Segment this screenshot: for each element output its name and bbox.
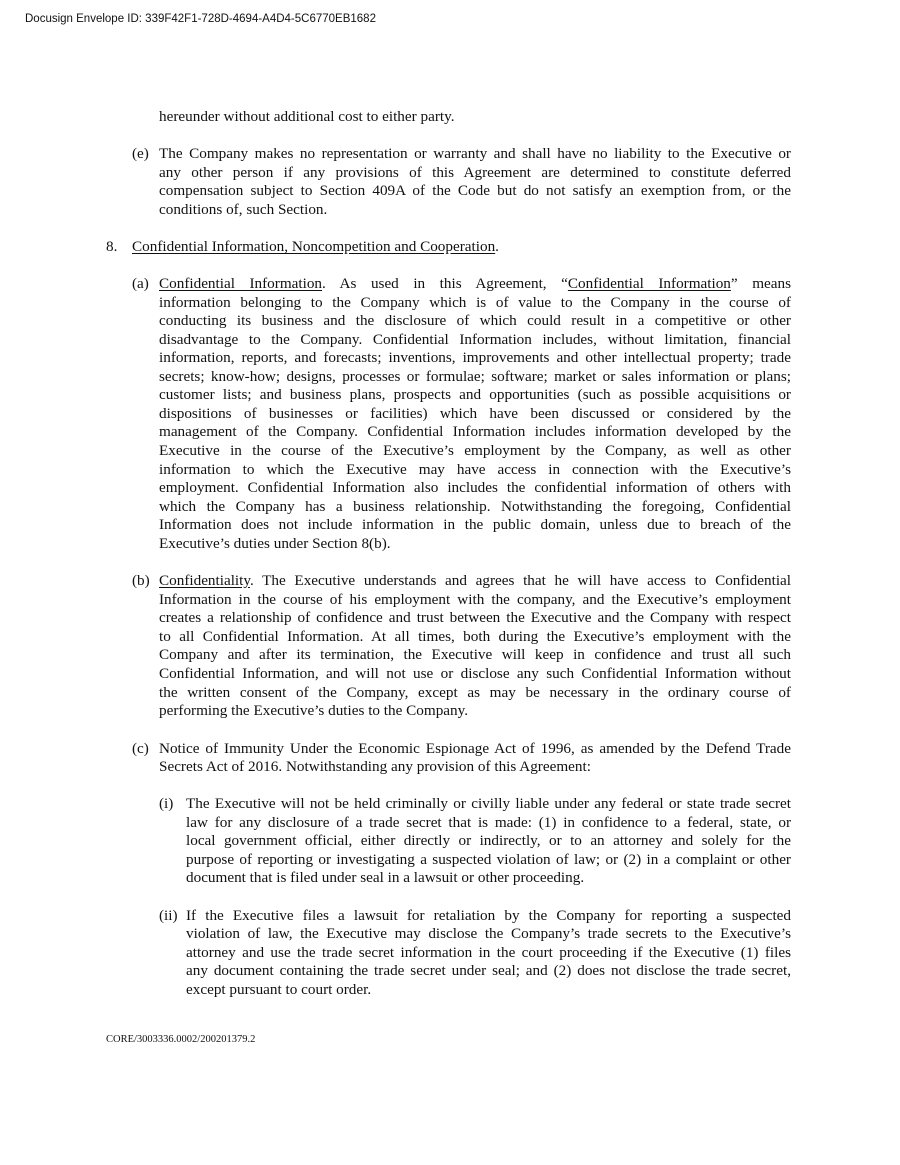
section-8b-heading: Confidentiality (159, 572, 250, 589)
section-8b-line: creates a relationship of confidence and… (159, 608, 791, 627)
section-8a-first-line: Confidential Information. As used in thi… (159, 274, 791, 293)
section-8b-line: to all Confidential Information. At all … (159, 627, 791, 646)
section-8c-ii-line: attorney and use the trade secret inform… (186, 943, 791, 962)
section-8b-label: (b) (132, 571, 150, 590)
section-8-number: 8. (106, 237, 117, 256)
section-7e-line: compensation subject to Section 409A of … (159, 181, 791, 200)
section-8a-line: which the Company has a business relatio… (159, 497, 791, 516)
section-8c-ii-line: any document containing the trade secret… (186, 961, 791, 980)
section-8a-line: management of the Company. Confidential … (159, 422, 791, 441)
section-8a-line: information belonging to the Company whi… (159, 293, 791, 312)
section-8a-line: Executive’s duties under Section 8(b). (159, 534, 791, 553)
section-8a-line: customer lists; and business plans, pros… (159, 385, 791, 404)
section-7e-line: The Company makes no representation or w… (159, 144, 791, 163)
section-8c-label: (c) (132, 739, 149, 758)
section-8c-i-line: The Executive will not be held criminall… (186, 794, 791, 813)
footer-doc-number: CORE/3003336.0002/200201379.2 (106, 1034, 255, 1045)
section-8c-ii-line: If the Executive files a lawsuit for ret… (186, 906, 791, 925)
section-8a-line: conducting its business and the disclosu… (159, 311, 791, 330)
section-7e-line: any other person if any provisions of th… (159, 163, 791, 182)
section-8c-i-label: (i) (159, 794, 173, 813)
section-8a-line: information, reports, and forecasts; inv… (159, 348, 791, 367)
section-8a-line: Information does not include information… (159, 515, 791, 534)
section-7e-line: conditions of, such Section. (159, 200, 791, 219)
section-8-heading: Confidential Information, Noncompetition… (132, 237, 499, 256)
section-8a-line: employment. Confidential Information als… (159, 478, 791, 497)
section-8c-i-line: document that is filed under seal in a l… (186, 868, 791, 887)
section-8c-i-line: purpose of reporting or investigating a … (186, 850, 791, 869)
section-8a-line: disadvantage to the Company. Confidentia… (159, 330, 791, 349)
section-8b-line: Information in the course of his employm… (159, 590, 791, 609)
section-8c-ii-line: violation of law, the Executive may disc… (186, 924, 791, 943)
section-8b-line: the written consent of the Company, exce… (159, 683, 791, 702)
defined-term: Confidential Information (568, 275, 731, 292)
section-8b-line: performing the Executive’s duties to the… (159, 701, 791, 720)
section-8c-i-line: law for any disclosure of a trade secret… (186, 813, 791, 832)
section-8a-label: (a) (132, 274, 149, 293)
section-8c-i-line: local government official, either direct… (186, 831, 791, 850)
docusign-envelope-id: Docusign Envelope ID: 339F42F1-728D-4694… (25, 13, 376, 25)
continuation-line: hereunder without additional cost to eit… (159, 107, 791, 126)
section-8c-line: Secrets Act of 2016. Notwithstanding any… (159, 757, 791, 776)
section-8c-ii-label: (ii) (159, 906, 178, 925)
section-8c-line: Notice of Immunity Under the Economic Es… (159, 739, 791, 758)
section-8b-first-line: Confidentiality. The Executive understan… (159, 571, 791, 590)
section-8a-line: Executive in the course of the Executive… (159, 441, 791, 460)
section-8b-line: Company and after its termination, the E… (159, 645, 791, 664)
section-8a-line: secrets; know-how; designs, processes or… (159, 367, 791, 386)
section-8-title: Confidential Information, Noncompetition… (132, 238, 495, 255)
section-8c-ii-line: except pursuant to court order. (186, 980, 791, 999)
section-8a-heading: Confidential Information (159, 275, 322, 292)
section-8a-line: information to which the Executive may h… (159, 460, 791, 479)
section-8a-line: dispositions of businesses or facilities… (159, 404, 791, 423)
section-8b-line: Confidential Information, and will not u… (159, 664, 791, 683)
section-7e-label: (e) (132, 144, 149, 163)
